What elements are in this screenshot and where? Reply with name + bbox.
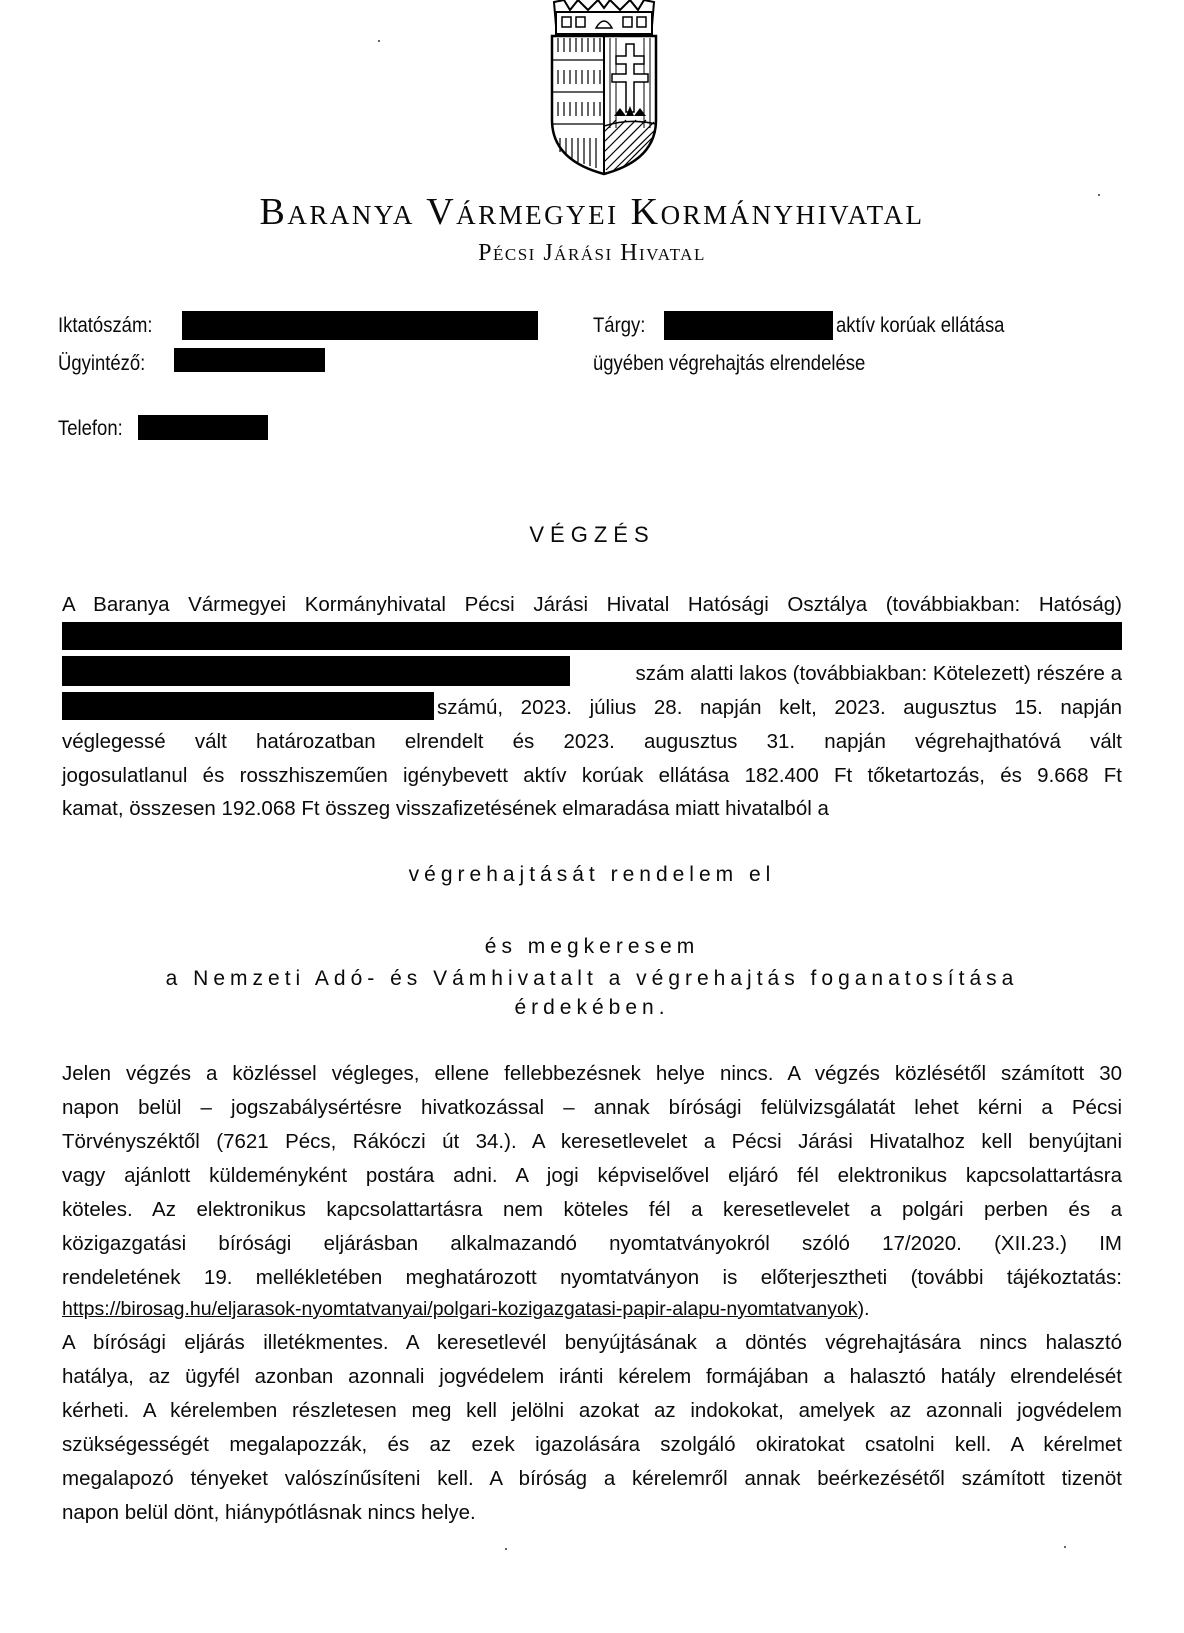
legal-notice-line: közigazgatási bírósági eljárásban alkalm… xyxy=(62,1232,1122,1256)
scan-speck xyxy=(1064,1546,1066,1548)
targy-label: Tárgy: xyxy=(593,314,645,338)
subject-text: aktív korúak ellátása xyxy=(836,314,1004,338)
intro-line: kamat, összesen 192.068 Ft összeg vissza… xyxy=(62,797,1122,821)
legal-notice-line: napon belül – jogszabálysértésre hivatko… xyxy=(62,1096,1122,1120)
order-statement: végrehajtását rendelem el xyxy=(0,863,1184,887)
redacted-subject-name xyxy=(664,311,833,340)
intro-line: szám alatti lakos (továbbiakban: Kötelez… xyxy=(572,662,1122,686)
order-statement: a Nemzeti Adó- és Vámhivatalt a végrehaj… xyxy=(0,967,1184,991)
telefon-label: Telefon: xyxy=(58,417,123,441)
iktatoszam-label: Iktatószám: xyxy=(58,314,152,338)
redacted-address xyxy=(62,656,570,686)
legal-notice-line: https://birosag.hu/eljarasok-nyomtatvany… xyxy=(62,1298,1122,1321)
legal-notice-line: rendeletének 19. mellékletében meghatáro… xyxy=(62,1266,1122,1290)
intro-line: számú, 2023. július 28. napján kelt, 202… xyxy=(437,696,1122,720)
order-statement: érdekében. xyxy=(0,996,1184,1020)
appeal-notice-line: megalapozó tényeket valószínűsíteni kell… xyxy=(62,1467,1122,1491)
organization-title: Baranya Vármegyei Kormányhivatal xyxy=(0,190,1184,234)
redacted-administrator xyxy=(174,348,325,372)
intro-line: jogosulatlanul és rosszhiszeműen igénybe… xyxy=(62,764,1122,788)
subject-text-continued: ügyében végrehajtás elrendelése xyxy=(593,352,865,376)
legal-notice-line: köteles. Az elektronikus kapcsolattartás… xyxy=(62,1198,1122,1222)
ugyintezo-label: Ügyintéző: xyxy=(58,352,145,376)
legal-notice-line: vagy ajánlott küldeményként postára adni… xyxy=(62,1164,1122,1188)
document-title: VÉGZÉS xyxy=(0,522,1184,548)
appeal-notice-line: A bírósági eljárás illetékmentes. A kere… xyxy=(62,1331,1122,1355)
redacted-decision-number xyxy=(62,692,434,720)
court-forms-link[interactable]: https://birosag.hu/eljarasok-nyomtatvany… xyxy=(62,1298,858,1320)
scan-speck xyxy=(1098,194,1100,196)
link-suffix: ). xyxy=(858,1298,870,1320)
appeal-notice-line: kérheti. A kérelemben részletesen meg ke… xyxy=(62,1399,1122,1423)
intro-line: A Baranya Vármegyei Kormányhivatal Pécsi… xyxy=(62,593,1122,617)
legal-notice-line: Jelen végzés a közléssel végleges, ellen… xyxy=(62,1062,1122,1086)
redacted-debtor-name xyxy=(62,622,1122,650)
order-statement: és megkeresem xyxy=(0,935,1184,959)
intro-line: véglegessé vált határozatban elrendelt é… xyxy=(62,730,1122,754)
redacted-phone xyxy=(138,415,268,440)
redacted-case-number xyxy=(182,311,538,340)
appeal-notice-line: napon belül dönt, hiánypótlásnak nincs h… xyxy=(62,1501,1122,1525)
appeal-notice-line: szükségességét megalapozzák, és az ezek … xyxy=(62,1433,1122,1457)
scan-speck xyxy=(505,1548,507,1550)
scan-speck xyxy=(378,40,380,42)
organization-subtitle: Pécsi Járási Hivatal xyxy=(0,240,1184,267)
appeal-notice-line: hatálya, az ügyfél azonban azonnali jogv… xyxy=(62,1365,1122,1389)
legal-notice-line: Törvényszéktől (7621 Pécs, Rákóczi út 34… xyxy=(62,1130,1122,1154)
coat-of-arms-icon xyxy=(548,0,660,176)
